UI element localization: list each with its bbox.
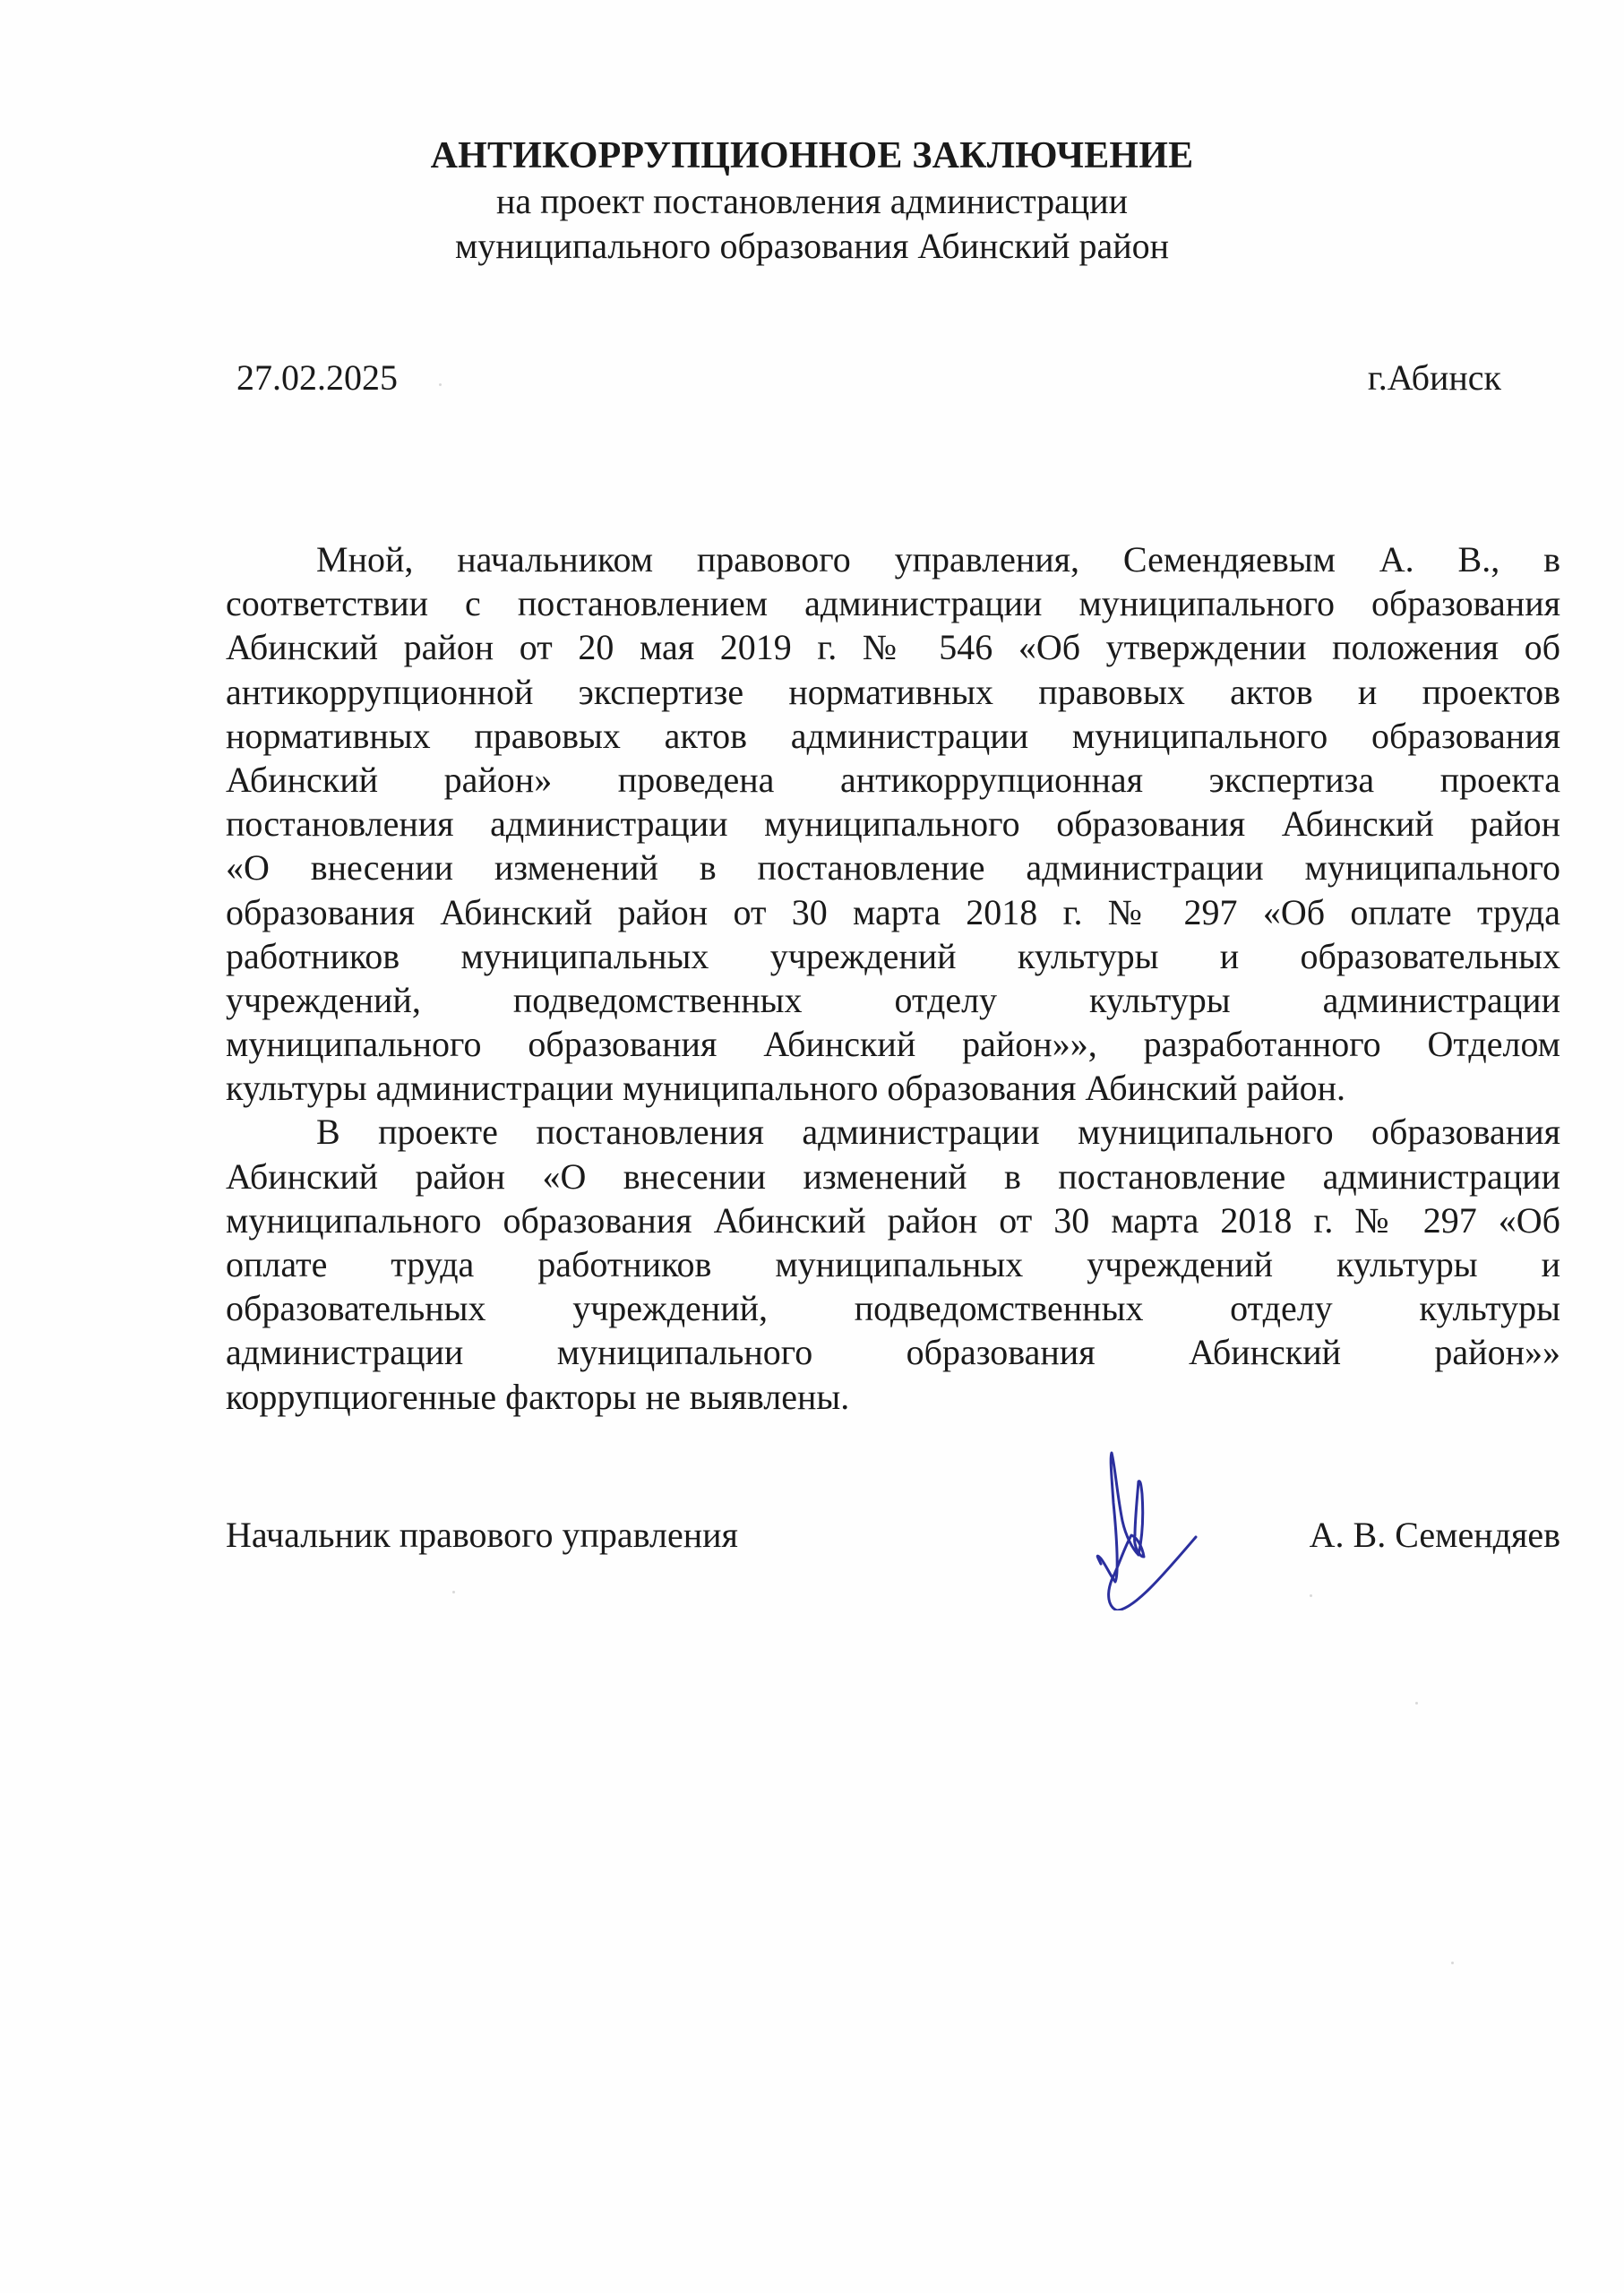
document-title: АНТИКОРРУПЦИОННОЕ ЗАКЛЮЧЕНИЕ — [0, 133, 1624, 179]
paragraph-1-line: Мной, начальником правового управления, … — [226, 537, 1560, 581]
paragraph-2-line: В проекте постановления администрации му… — [226, 1110, 1560, 1154]
document-subtitle-line-1: на проект постановления администрации — [0, 179, 1624, 224]
document-date: 27.02.2025 — [236, 356, 398, 399]
scan-speck — [439, 383, 442, 386]
paragraph-1-line: «О внесении изменений в постановление ад… — [226, 846, 1560, 889]
paragraph-1-line: муниципального образования Абинский райо… — [226, 1022, 1560, 1066]
signer-position: Начальник правового управления — [226, 1514, 738, 1556]
handwritten-signature-icon — [1070, 1431, 1205, 1610]
paragraph-1-line: нормативных правовых актов администрации… — [226, 714, 1560, 758]
scan-speck — [452, 1591, 455, 1593]
scan-speck — [1451, 1962, 1454, 1964]
paragraph-1-line: учреждений, подведомственных отделу куль… — [226, 978, 1560, 1022]
paragraph-1-line: образования Абинский район от 30 марта 2… — [226, 890, 1560, 934]
paragraph-1-line: работников муниципальных учреждений куль… — [226, 934, 1560, 978]
document-body: Мной, начальником правового управления, … — [226, 537, 1560, 1419]
paragraph-1-line: культуры администрации муниципального об… — [226, 1066, 1560, 1110]
paragraph-1-line: постановления администрации муниципально… — [226, 802, 1560, 846]
paragraph-1-line: Абинский район» проведена антикоррупцион… — [226, 758, 1560, 802]
paragraph-1-line: антикоррупционной экспертизе нормативных… — [226, 670, 1560, 714]
scan-speck — [1415, 1702, 1418, 1705]
document-header: АНТИКОРРУПЦИОННОЕ ЗАКЛЮЧЕНИЕ на проект п… — [0, 133, 1624, 269]
paragraph-2-line: администрации муниципального образования… — [226, 1330, 1560, 1374]
document-subtitle-line-2: муниципального образования Абинский райо… — [0, 224, 1624, 269]
paragraph-2-line: коррупциогенные факторы не выявлены. — [226, 1375, 1560, 1419]
date-place-row: 27.02.2025 г.Абинск — [236, 356, 1501, 403]
paragraph-1-line: соответствии с постановлением администра… — [226, 581, 1560, 625]
document-page: АНТИКОРРУПЦИОННОЕ ЗАКЛЮЧЕНИЕ на проект п… — [0, 0, 1624, 2293]
signer-name: А. В. Семендяев — [1310, 1514, 1560, 1556]
paragraph-2-line: оплате труда работников муниципальных уч… — [226, 1242, 1560, 1286]
paragraph-2-line: муниципального образования Абинский райо… — [226, 1198, 1560, 1242]
document-city: г.Абинск — [1368, 356, 1501, 399]
paragraph-2-line: образовательных учреждений, подведомстве… — [226, 1286, 1560, 1330]
scan-speck — [1310, 1594, 1312, 1597]
paragraph-1-line: Абинский район от 20 мая 2019 г. № 546 «… — [226, 625, 1560, 669]
paragraph-2-line: Абинский район «О внесении изменений в п… — [226, 1155, 1560, 1198]
signature-row: Начальник правового управления А. В. Сем… — [226, 1514, 1560, 1559]
